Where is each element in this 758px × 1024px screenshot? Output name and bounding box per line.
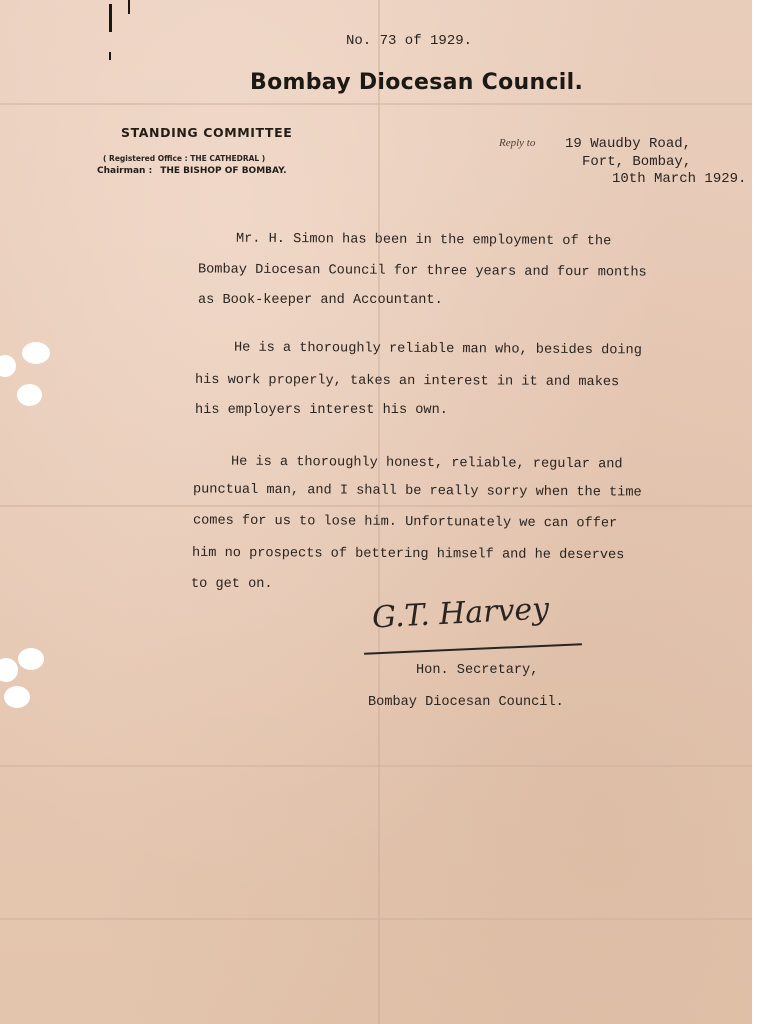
body-line: Bombay Diocesan Council for three years …	[198, 262, 647, 280]
chairman-line: Chairman :THE BISHOP OF BOMBAY.	[97, 166, 287, 176]
horizontal-fold-crease	[0, 505, 752, 507]
letterhead-title: Bombay Diocesan Council.	[250, 70, 583, 95]
body-line: punctual man, and I shall be really sorr…	[193, 482, 642, 500]
horizontal-fold-crease	[0, 103, 752, 105]
punch-hole	[0, 355, 16, 377]
ink-mark	[109, 52, 111, 60]
chairman-value: THE BISHOP OF BOMBAY.	[160, 166, 286, 176]
address-line: Fort, Bombay,	[582, 154, 691, 170]
chairman-label: Chairman :	[97, 166, 152, 176]
signatory-title: Hon. Secretary,	[416, 663, 538, 678]
address-line: 19 Waudby Road,	[565, 136, 691, 152]
horizontal-fold-crease	[0, 918, 752, 920]
punch-hole	[22, 342, 50, 364]
punch-hole	[4, 686, 30, 708]
reference-number: No. 73 of 1929.	[346, 33, 472, 49]
letter-date: 10th March 1929.	[612, 171, 746, 187]
punch-hole	[17, 384, 42, 406]
horizontal-fold-crease	[0, 765, 752, 767]
body-line: him no prospects of bettering himself an…	[192, 546, 624, 563]
body-line: He is a thoroughly reliable man who, bes…	[234, 341, 642, 359]
vertical-fold-crease	[378, 0, 380, 1024]
body-line: He is a thoroughly honest, reliable, reg…	[231, 455, 623, 473]
reply-to-label: Reply to	[499, 137, 535, 149]
ink-mark	[128, 0, 130, 14]
body-line: as Book-keeper and Accountant.	[198, 293, 443, 308]
punch-hole	[0, 658, 18, 682]
committee-name: STANDING COMMITTEE	[121, 125, 292, 140]
body-line: his work properly, takes an interest in …	[195, 373, 619, 390]
ink-mark	[109, 4, 112, 32]
body-line: Mr. H. Simon has been in the employment …	[236, 232, 611, 250]
punch-hole	[18, 648, 44, 670]
registered-office: ( Registered Office : THE CATHEDRAL )	[103, 154, 265, 163]
handwritten-signature: G.T. Harvey	[371, 591, 550, 635]
signature-underline	[364, 643, 582, 655]
body-line: his employers interest his own.	[195, 403, 448, 418]
signatory-organization: Bombay Diocesan Council.	[368, 695, 564, 710]
letter-paper: No. 73 of 1929. Bombay Diocesan Council.…	[0, 0, 752, 1024]
body-line: to get on.	[191, 577, 273, 592]
body-line: comes for us to lose him. Unfortunately …	[193, 514, 617, 532]
